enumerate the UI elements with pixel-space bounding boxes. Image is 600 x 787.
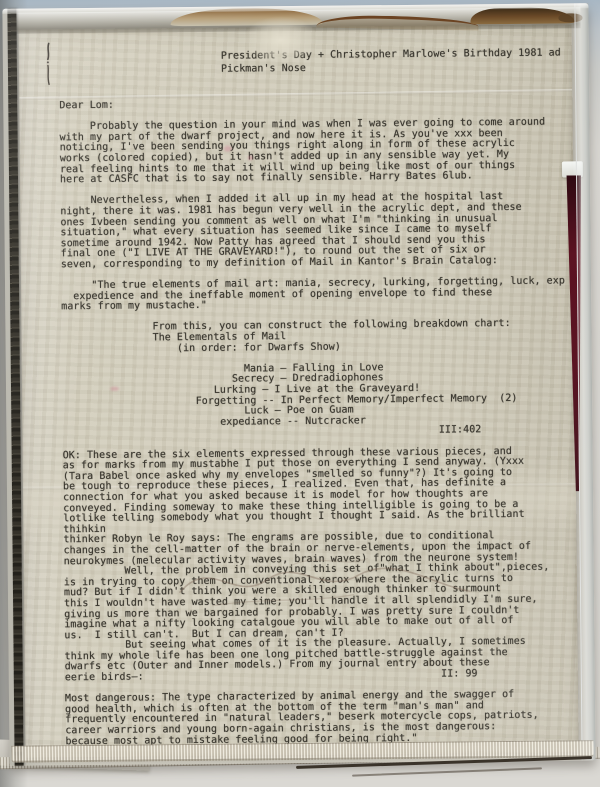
dark-edge-line xyxy=(352,767,542,776)
letter-body: Dear Lom: Probably the question in your … xyxy=(59,96,569,747)
staple-mark xyxy=(41,41,57,89)
pink-smudge xyxy=(248,155,253,160)
letter-paper: President's Day + Christopher Marlowe's … xyxy=(19,24,579,757)
plastic-sleeve: President's Day + Christopher Marlowe's … xyxy=(2,3,595,766)
pink-smudge xyxy=(224,146,232,152)
photo-of-typed-letter: President's Day + Christopher Marlowe's … xyxy=(0,0,600,787)
pink-smudge xyxy=(110,387,119,391)
pencil-scrawl xyxy=(172,543,483,624)
